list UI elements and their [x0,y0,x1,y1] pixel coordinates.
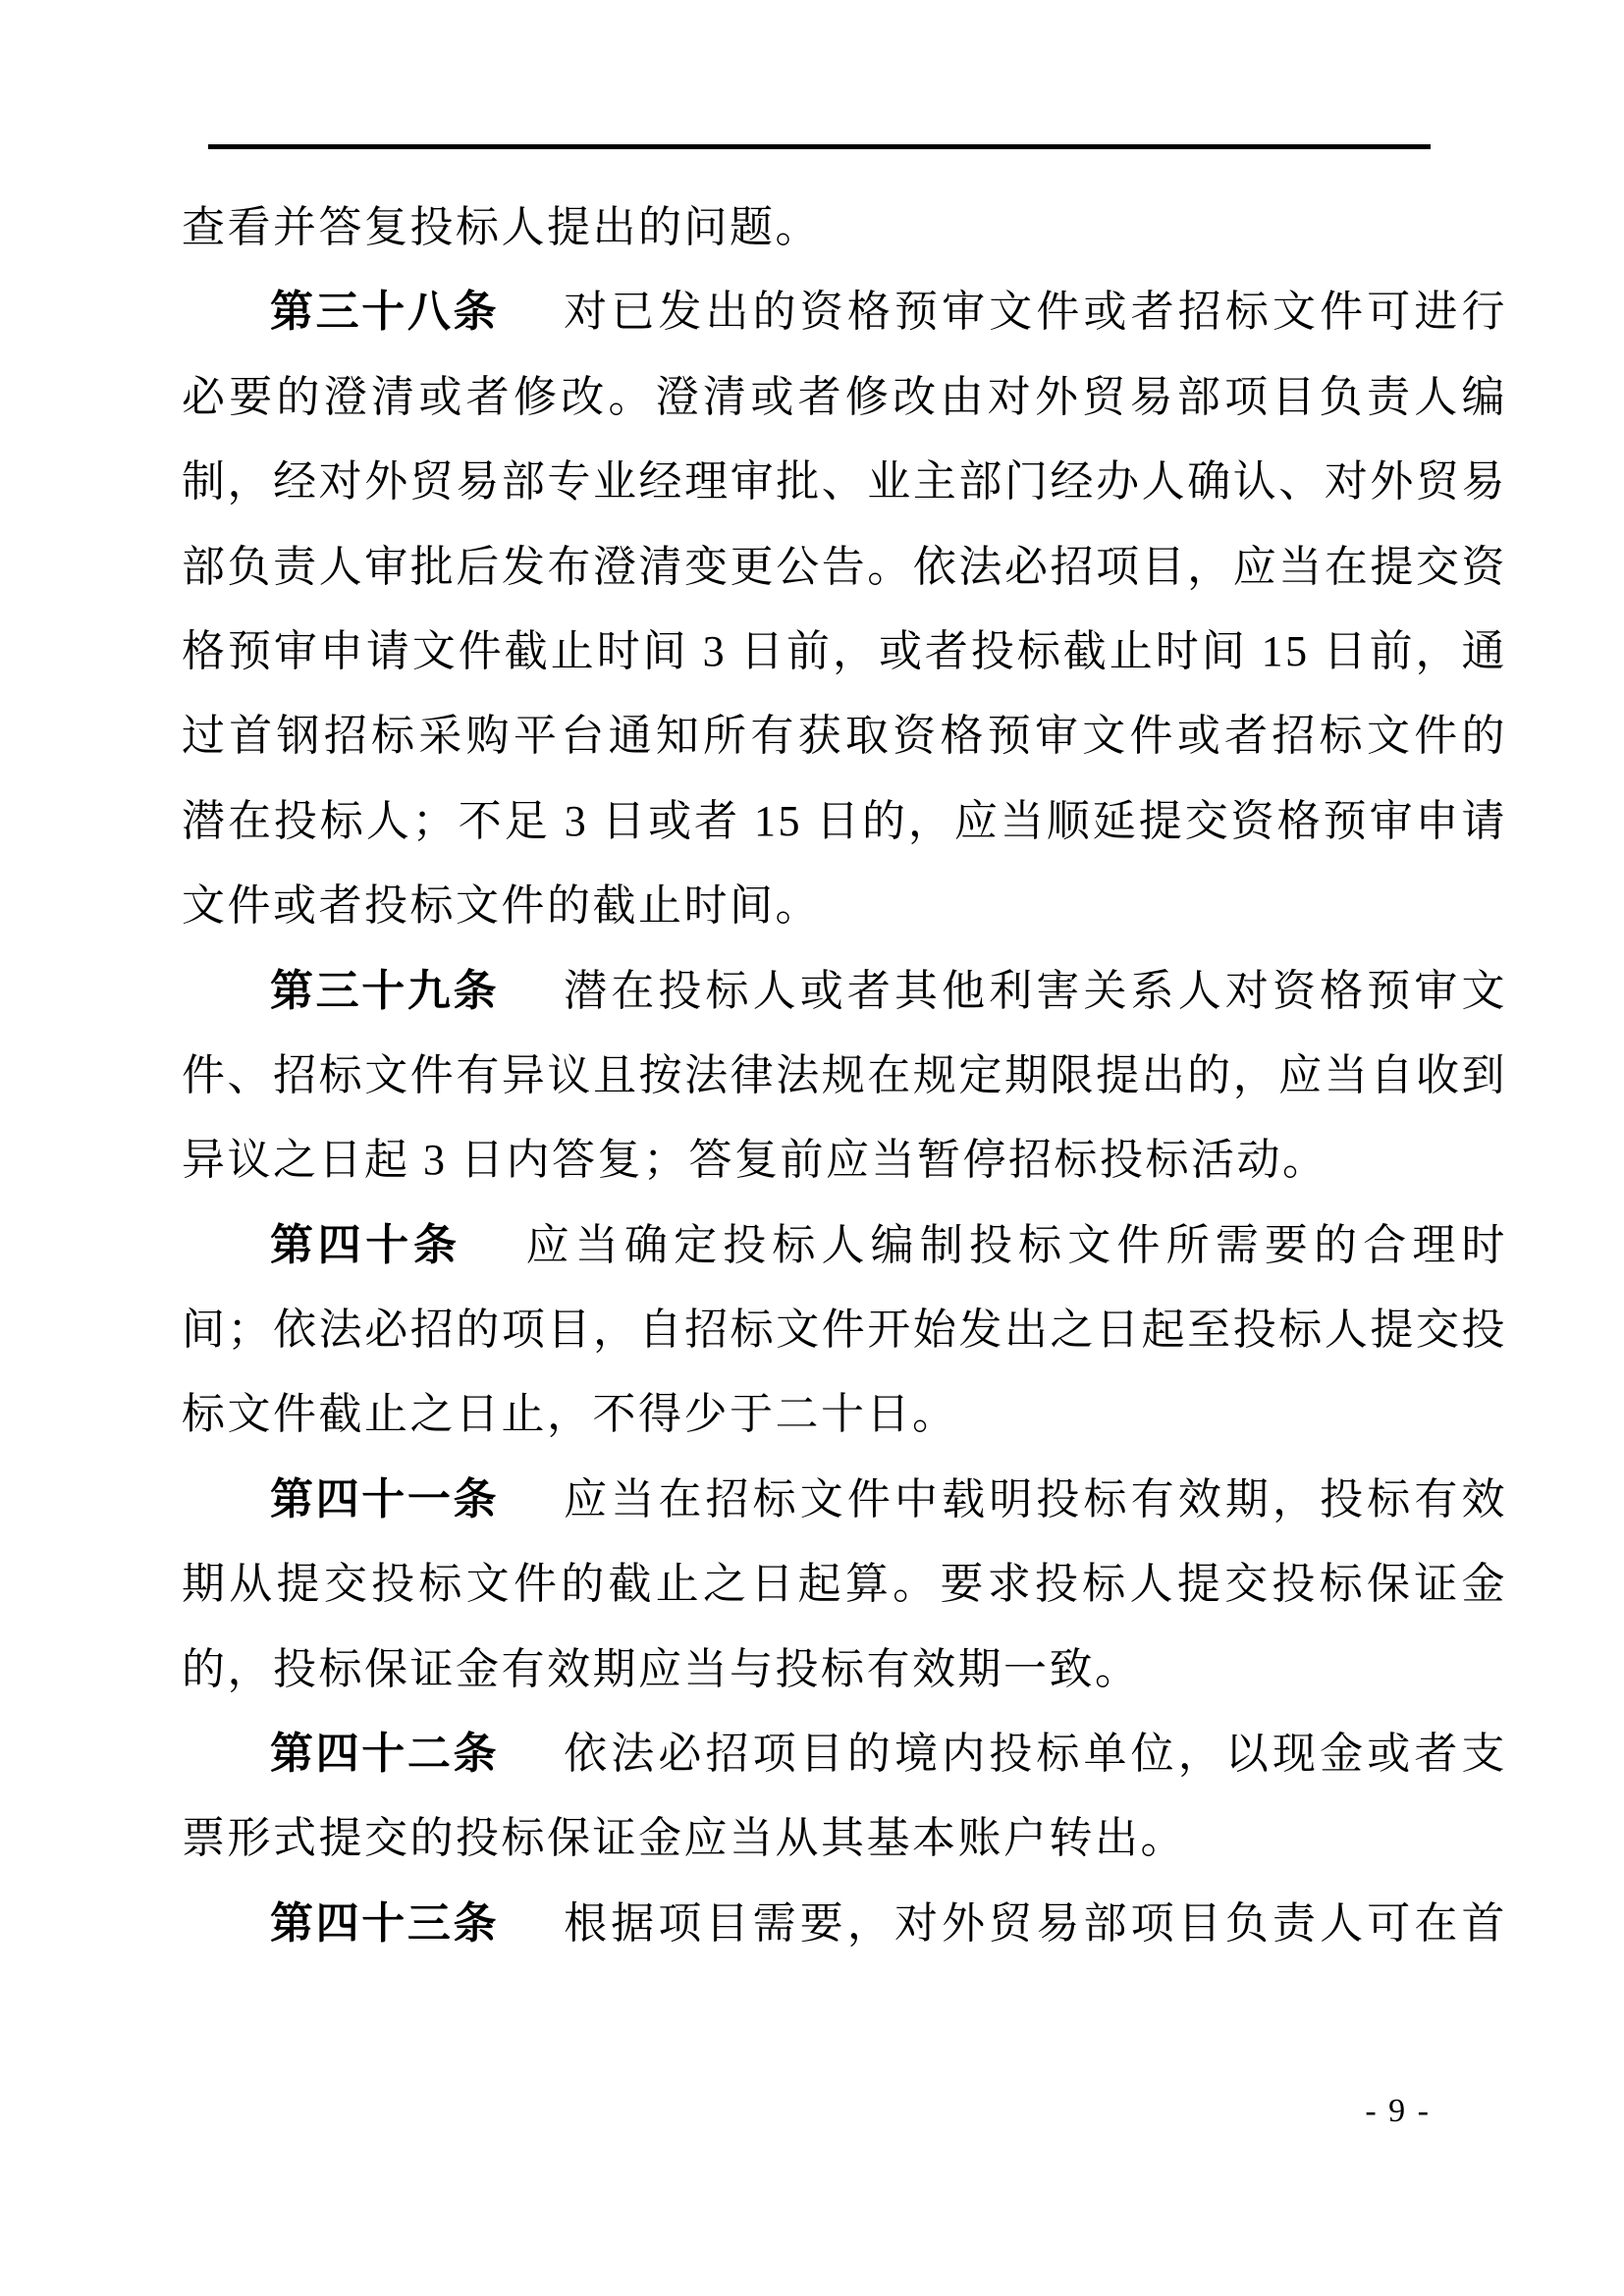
line-text: 对已发出的资格预审文件或者招标文件可进行 [564,288,1507,336]
text-line: 的，投标保证金有效期应当与投标有效期一致。 [182,1628,1507,1712]
text-line: 潜在投标人；不足 3 日或者 15 日的，应当顺延提交资格预审申请 [182,779,1507,864]
line-text: 格预审申请文件截止时间 3 日前，或者投标截止时间 15 日前，通 [182,627,1507,675]
article-line: 第三十八条对已发出的资格预审文件或者招标文件可进行 [182,270,1507,354]
line-text: 异议之日起 3 日内答复；答复前应当暂停招标投标活动。 [182,1136,1328,1184]
line-text: 期从提交投标文件的截止之日起算。要求投标人提交投标保证金 [182,1560,1507,1608]
article-number: 第四十二条 [270,1730,499,1778]
line-text: 根据项目需要，对外贸易部项目负责人可在首 [564,1899,1507,1948]
text-line: 文件或者投标文件的截止时间。 [182,864,1507,948]
text-line: 期从提交投标文件的截止之日起算。要求投标人提交投标保证金 [182,1542,1507,1627]
line-text: 过首钢招标采购平台通知所有获取资格预审文件或者招标文件的 [182,712,1507,760]
line-text: 文件或者投标文件的截止时间。 [182,881,821,930]
text-line: 查看并答复投标人提出的问题。 [182,186,1507,270]
header-rule [208,144,1431,149]
article-line: 第四十条应当确定投标人编制投标文件所需要的合理时 [182,1203,1507,1288]
article-line: 第四十二条依法必招项目的境内投标单位，以现金或者支 [182,1712,1507,1796]
text-line: 过首钢招标采购平台通知所有获取资格预审文件或者招标文件的 [182,694,1507,778]
article-line: 第四十三条根据项目需要，对外贸易部项目负责人可在首 [182,1882,1507,1966]
line-text: 潜在投标人；不足 3 日或者 15 日的，应当顺延提交资格预审申请 [182,797,1507,845]
line-text: 间；依法必招的项目，自招标文件开始发出之日起至投标人提交投 [182,1306,1507,1354]
text-line: 必要的澄清或者修改。澄清或者修改由对外贸易部项目负责人编 [182,355,1507,440]
article-line: 第三十九条潜在投标人或者其他利害关系人对资格预审文 [182,949,1507,1034]
text-line: 制，经对外贸易部专业经理审批、业主部门经办人确认、对外贸易 [182,440,1507,524]
document-body: 查看并答复投标人提出的问题。第三十八条对已发出的资格预审文件或者招标文件可进行必… [182,186,1507,1966]
article-number: 第四十一条 [270,1475,499,1523]
text-line: 件、招标文件有异议且按法律法规在规定期限提出的，应当自收到 [182,1034,1507,1118]
text-line: 异议之日起 3 日内答复；答复前应当暂停招标投标活动。 [182,1118,1507,1202]
text-line: 间；依法必招的项目，自招标文件开始发出之日起至投标人提交投 [182,1288,1507,1372]
line-text: 应当在招标文件中载明投标有效期，投标有效 [564,1475,1507,1523]
text-line: 部负责人审批后发布澄清变更公告。依法必招项目，应当在提交资 [182,525,1507,610]
text-line: 票形式提交的投标保证金应当从其基本账户转出。 [182,1796,1507,1881]
line-text: 必要的澄清或者修改。澄清或者修改由对外贸易部项目负责人编 [182,373,1507,421]
line-text: 标文件截止之日止，不得少于二十日。 [182,1390,958,1438]
text-line: 标文件截止之日止，不得少于二十日。 [182,1372,1507,1457]
line-text: 潜在投标人或者其他利害关系人对资格预审文 [564,967,1507,1015]
line-text: 应当确定投标人编制投标文件所需要的合理时 [526,1221,1507,1269]
article-number: 第三十八条 [270,288,499,336]
article-line: 第四十一条应当在招标文件中载明投标有效期，投标有效 [182,1458,1507,1542]
text-line: 格预审申请文件截止时间 3 日前，或者投标截止时间 15 日前，通 [182,610,1507,694]
line-text: 票形式提交的投标保证金应当从其基本账户转出。 [182,1814,1186,1862]
article-number: 第四十三条 [270,1899,499,1948]
line-text: 制，经对外贸易部专业经理审批、业主部门经办人确认、对外贸易 [182,457,1507,506]
article-number: 第三十九条 [270,967,499,1015]
line-text: 件、招标文件有异议且按法律法规在规定期限提出的，应当自收到 [182,1051,1507,1099]
line-text: 查看并答复投标人提出的问题。 [182,203,821,251]
line-text: 的，投标保证金有效期应当与投标有效期一致。 [182,1645,1141,1693]
line-text: 部负责人审批后发布澄清变更公告。依法必招项目，应当在提交资 [182,543,1507,591]
document-page: 查看并答复投标人提出的问题。第三十八条对已发出的资格预审文件或者招标文件可进行必… [0,0,1624,2296]
line-text: 依法必招项目的境内投标单位，以现金或者支 [564,1730,1507,1778]
article-number: 第四十条 [270,1221,461,1269]
page-number: - 9 - [1365,2093,1431,2130]
